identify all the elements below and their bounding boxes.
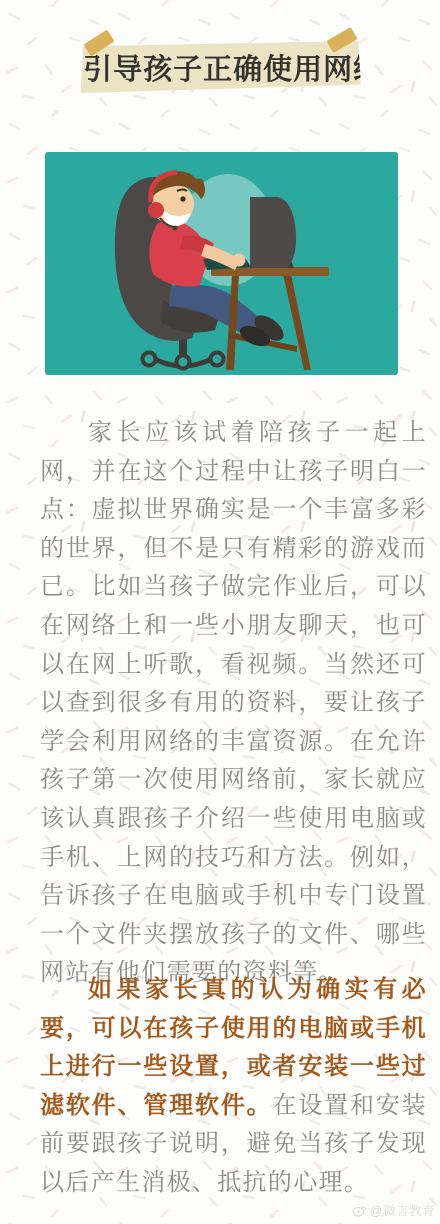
paragraph-2: 如果家长真的认为确实有必要，可以在孩子使用的电脑或手机上进行一些设置，或者安装一… <box>40 971 427 1203</box>
weibo-icon <box>352 1204 367 1217</box>
page-title: 3.引导孩子正确使用网络 <box>57 47 383 88</box>
paragraph-1: 家长应该试着陪孩子一起上网，并在这个过程中让孩子明白一点：虚拟世界确实是一个丰富… <box>40 414 427 993</box>
illustration-boy-at-computer <box>45 152 398 375</box>
watermark: @微言教育 <box>352 1201 435 1219</box>
article-page: 3.引导孩子正确使用网络 <box>0 0 440 1224</box>
watermark-handle: @微言教育 <box>370 1201 435 1219</box>
section-title-banner: 3.引导孩子正确使用网络 <box>79 41 361 93</box>
